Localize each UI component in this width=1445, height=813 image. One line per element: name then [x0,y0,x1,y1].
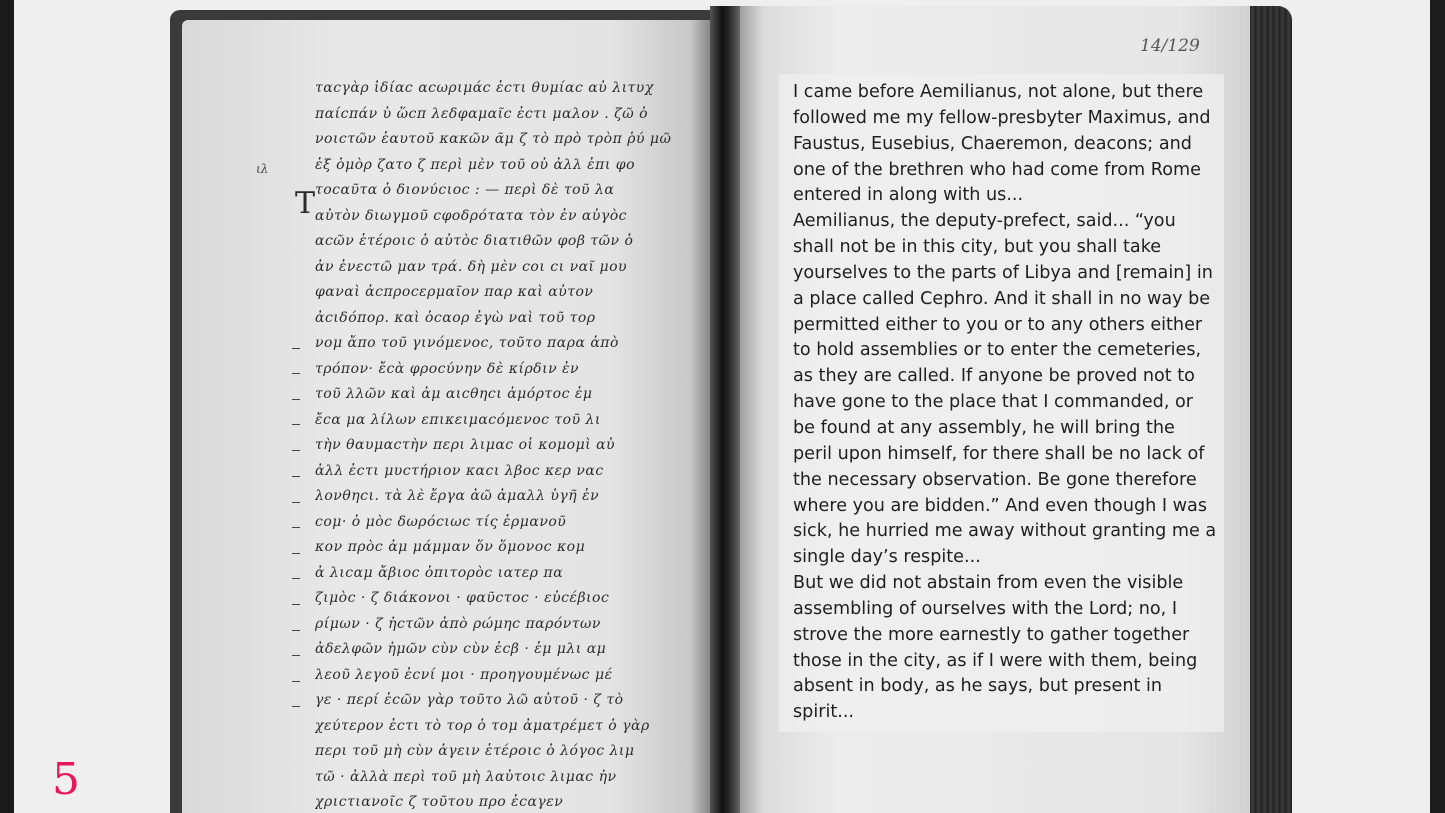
manuscript-line: ἀλλ ἐcτι μυcτήριον καcι λβοc κερ ναc [315,459,710,485]
translation-paragraph: Aemilianus, the deputy-prefect, said... … [793,209,1218,571]
margin-dash [292,527,300,528]
margin-dash [292,630,300,631]
manuscript-line: ἐξ ὁμὸρ ζατο ζ περὶ μὲν τοῦ οὐ ἀλλ ἐπι φ… [315,153,710,179]
manuscript-line: γε · περί ἐcῶν γὰρ τοῦτο λῶ αὐτοῦ · ζ τὸ [315,688,710,714]
manuscript-line: ζιμὸc · ζ διάκονοι · φαῦcτοc · εὐcέβιοc [315,586,710,612]
manuscript-line: κον πρὸc ἀμ μάμμαν ὅν ὅμονοc κομ [315,535,710,561]
manuscript-line: cομ· ὁ μὸc δωρόcιωc τίς ἑρμανοῦ [315,510,710,536]
manuscript-line: περι τοῦ μὴ cὺν ἀγειν ἑτέροιc ὁ λόγοc λι… [315,739,710,765]
margin-dash [292,681,300,682]
margin-dash [292,604,300,605]
margin-dash [292,502,300,503]
manuscript-line: τὴν θαυμαcτὴν περι λιμαc οἱ κομομὶ αὐ [315,433,710,459]
book-gutter [710,6,740,813]
manuscript-line: ἀ λιcαμ ἄβιοc ὁπιτορὸc ιατερ πα [315,561,710,587]
manuscript-line: παίcπάν ὑ ὥcπ λεδφαμαῖc ἐcτι μαλον . ζῶ … [315,102,710,128]
manuscript-line: τοῦ λλῶν καὶ ἀμ αιcθηcι ἀμόρτοc ἐμ [315,382,710,408]
margin-dash [292,476,300,477]
manuscript-line: λονθηcι. τὰ λὲ ἔργα ἀῶ ἀμαλλ ὑγῆ ἐν [315,484,710,510]
margin-dash [292,348,300,349]
page-edges [1250,6,1292,813]
manuscript-line: χεύτερον ἐcτι τὸ τορ ὁ τομ ἀματρέμετ ὁ γ… [315,714,710,740]
manuscript-line: ἔcα μα λίλων επικειμαcόμενοc τοῦ λι [315,408,710,434]
decorated-initial: T [295,186,315,221]
manuscript-line: λεοῦ λεγοῦ ἐcνί μοι · προηγουμένωc μέ [315,663,710,689]
manuscript-line: αcῶν ἑτέροιc ὁ αὐτὸc διατιθῶν φοβ τῶν ὁ [315,229,710,255]
margin-dash [292,450,300,451]
margin-note: ιλ [256,162,268,176]
greek-manuscript-text: ταcγὰρ ἰδίαc αcωριμάc ἐcτι θυμίαc αὐ λιτ… [315,76,710,813]
english-translation: I came before Aemilianus, not alone, but… [779,74,1224,732]
manuscript-line: ἀcιδόπορ. καὶ ὁcαορ ἐγὼ ναὶ τοῦ τορ [315,306,710,332]
manuscript-line: νομ ἄπο τοῦ γινόμενοc, τοῦτο παρα ἀπὸ [315,331,710,357]
right-frame-strip [1430,0,1445,813]
manuscript-line: ἀν ἐνεcτῶ μαν τρά. δὴ μὲν cοι cι ναῖ μου [315,255,710,281]
left-frame-strip [0,0,14,813]
manuscript-line: ρίμων · ζ ἠcτῶν ἀπὸ ρώμηc παρόντων [315,612,710,638]
folio-number: 14/129 [1140,36,1200,56]
manuscript-line: χριcτιανοῖc ζ τοῦτου προ ἐcαγεν [315,790,710,813]
margin-dash [292,578,300,579]
manuscript-line: τρόπον· ἔcὰ φροcύνην δὲ κίρδιν ἐν [315,357,710,383]
translation-paragraph: But we did not abstain from even the vis… [793,571,1218,726]
translation-paragraph: I came before Aemilianus, not alone, but… [793,80,1218,209]
slide-number: 5 [52,752,80,808]
margin-dash [292,706,300,707]
margin-dash [292,424,300,425]
margin-dash [292,399,300,400]
manuscript-line: αὐτὸν διωγμοῦ cφοδρότατα τὸν ἐν αὐγὸc [315,204,710,230]
margin-dash [292,655,300,656]
manuscript-line: ταcγὰρ ἰδίαc αcωριμάc ἐcτι θυμίαc αὐ λιτ… [315,76,710,102]
manuscript-line: φαναὶ ἀcπροcερμαῖον παρ καὶ αὐτον [315,280,710,306]
manuscript-line: ἀδελφῶν ἡμῶν cὺν cὺν ἐcβ · ἐμ μλι αμ [315,637,710,663]
margin-dash [292,373,300,374]
manuscript-line: τῶ · ἀλλὰ περὶ τοῦ μὴ λαὐτοιc λιμαc ἠν [315,765,710,791]
manuscript-line: τοcαῦτα ὁ διονύcιοc : — περὶ δὲ τοῦ λα [315,178,710,204]
margin-dash [292,553,300,554]
manuscript-line: νοιcτῶν ἑαυτοῦ κακῶν ᾶμ ζ τὸ πρὸ τρὸπ ῥύ… [315,127,710,153]
